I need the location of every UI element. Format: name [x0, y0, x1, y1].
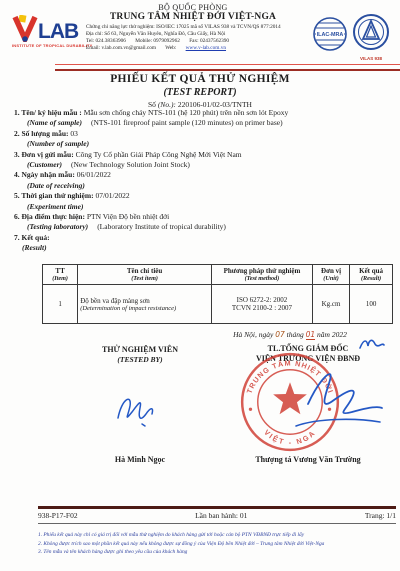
header-separator-line: [55, 64, 400, 71]
tester-title: THỬ NGHIỆM VIÊN: [60, 345, 220, 355]
cell-test-method: ISO 6272-2: 2002 TCVN 2100-2 : 2007: [212, 285, 313, 324]
vlab-logo-tagline: INSTITUTE OF TROPICAL DURABILITY: [12, 43, 84, 48]
footer-note: 1. Phiếu kết quả này chỉ có giá trị đối …: [38, 531, 396, 540]
col-test-method: Phương pháp thử nghiệm(Test method): [212, 265, 313, 285]
field-testing-lab: 6. Địa điểm thực hiện: PTN Viện Độ bền n…: [14, 212, 392, 233]
tester-title-en: (TESTED BY): [60, 355, 220, 364]
col-result: Kết quả(Result): [350, 265, 393, 285]
website-link[interactable]: www.v-lab.com.vn: [186, 45, 226, 51]
header-org-block: BỘ QUỐC PHÒNG TRUNG TÂM NHIỆT ĐỚI VIỆT-N…: [84, 3, 302, 51]
col-unit: Đơn vị(Unit): [312, 265, 349, 285]
footer-note: 3. Tên mẫu và tên khách hàng được ghi th…: [38, 548, 396, 557]
vilas-badge-caption: VILAS 938: [352, 56, 390, 61]
svg-text:ILAC-MRA: ILAC-MRA: [317, 32, 344, 38]
director-name: Thượng tá Vương Văn Trường: [222, 455, 394, 464]
results-table: TT(Item) Tên chỉ tiêu(Test item) Phương …: [42, 264, 393, 324]
cell-result: 100: [350, 285, 393, 324]
ministry-name: BỘ QUỐC PHÒNG: [84, 3, 302, 12]
field-date-received: 4. Ngày nhận mẫu: 06/01/2022 (Date of re…: [14, 170, 392, 191]
vlab-logo-text: LAB: [38, 22, 78, 42]
phone-line: Tel: 024.38363906 Mobile: 0979092962 Fax…: [86, 38, 302, 44]
footer-notes: 1. Phiếu kết quả này chỉ có giá trị đối …: [38, 531, 396, 557]
tester-name: Hà Minh Ngọc: [60, 455, 220, 464]
footer-note: 2. Không được trích sao một phần kết quả…: [38, 540, 396, 549]
footer-separator-line: [38, 506, 396, 509]
director-signature: [278, 360, 388, 438]
report-title-en: (TEST REPORT): [0, 87, 400, 99]
mobile: Mobile: 0979092962: [135, 38, 180, 44]
vlab-logo: LAB INSTITUTE OF TROPICAL DURABILITY: [12, 15, 84, 48]
center-name: TRUNG TÂM NHIỆT ĐỚI VIỆT-NGA: [84, 12, 302, 23]
tel: Tel: 024.38363906: [86, 38, 126, 44]
web-label: Web:: [165, 45, 176, 51]
report-title: PHIẾU KẾT QUẢ THỬ NGHIỆM: [0, 73, 400, 87]
field-experiment-time: 5. Thời gian thử nghiệm: 07/01/2022 (Exp…: [14, 191, 392, 212]
ilac-mra-icon: ILAC-MRA: [312, 16, 348, 52]
report-fields: 1. Tên/ ký hiệu mẫu : Mẫu sơn chống cháy…: [14, 108, 392, 254]
col-test-item: Tên chỉ tiêu(Test item): [78, 265, 212, 285]
footer-row: 938-P17-F02 Lần ban hành: 01 Trang: 1/1: [38, 511, 396, 524]
handwritten-month: 01: [306, 330, 316, 340]
tester-signature: [112, 388, 168, 432]
cert-line: Chứng chỉ năng lực thử nghiệm: ISO/IEC 1…: [86, 24, 302, 30]
table-row: 1 Độ bền va đập màng sơn (Determination …: [43, 285, 393, 324]
tester-sign-block: THỬ NGHIỆM VIÊN (TESTED BY): [60, 345, 220, 364]
footer-page: Trang: 1/1: [365, 511, 396, 520]
cell-test-item: Độ bền va đập màng sơn (Determination of…: [78, 285, 212, 324]
fax: Fax: 02437562390: [189, 38, 229, 44]
field-sample-name: 1. Tên/ ký hiệu mẫu : Mẫu sơn chống cháy…: [14, 108, 392, 129]
field-result: 7. Kết quả: (Result): [14, 233, 392, 254]
footer-form-code: 938-P17-F02: [38, 511, 78, 520]
field-sample-quantity: 2. Số lượng mẫu: 03 (Number of sample): [14, 129, 392, 150]
vlab-v-icon: [12, 15, 38, 42]
email: Email: v.lab.com.vn@gmail.com: [86, 45, 156, 51]
vilas-icon: [352, 13, 390, 51]
vilas-badge: VILAS 938: [352, 13, 390, 61]
handwritten-day: 07: [275, 330, 285, 339]
cell-tt: 1: [43, 285, 78, 324]
test-report-document: LAB INSTITUTE OF TROPICAL DURABILITY BỘ …: [0, 0, 400, 571]
email-line: Email: v.lab.com.vn@gmail.com Web: www.v…: [86, 45, 302, 51]
ilac-mra-badge: ILAC-MRA: [312, 16, 348, 57]
report-title-block: PHIẾU KẾT QUẢ THỬ NGHIỆM (TEST REPORT) S…: [0, 73, 400, 109]
cell-unit: Kg.cm: [312, 285, 349, 324]
field-customer: 3. Đơn vị gửi mẫu: Công Ty Cổ phần Giải …: [14, 150, 392, 171]
address-line: Địa chỉ: Số 63, Nguyễn Văn Huyên, Nghĩa …: [86, 31, 302, 37]
col-tt: TT(Item): [43, 265, 78, 285]
results-table-header-row: TT(Item) Tên chỉ tiêu(Test item) Phương …: [43, 265, 393, 285]
footer-issue: Lần ban hành: 01: [195, 511, 247, 520]
